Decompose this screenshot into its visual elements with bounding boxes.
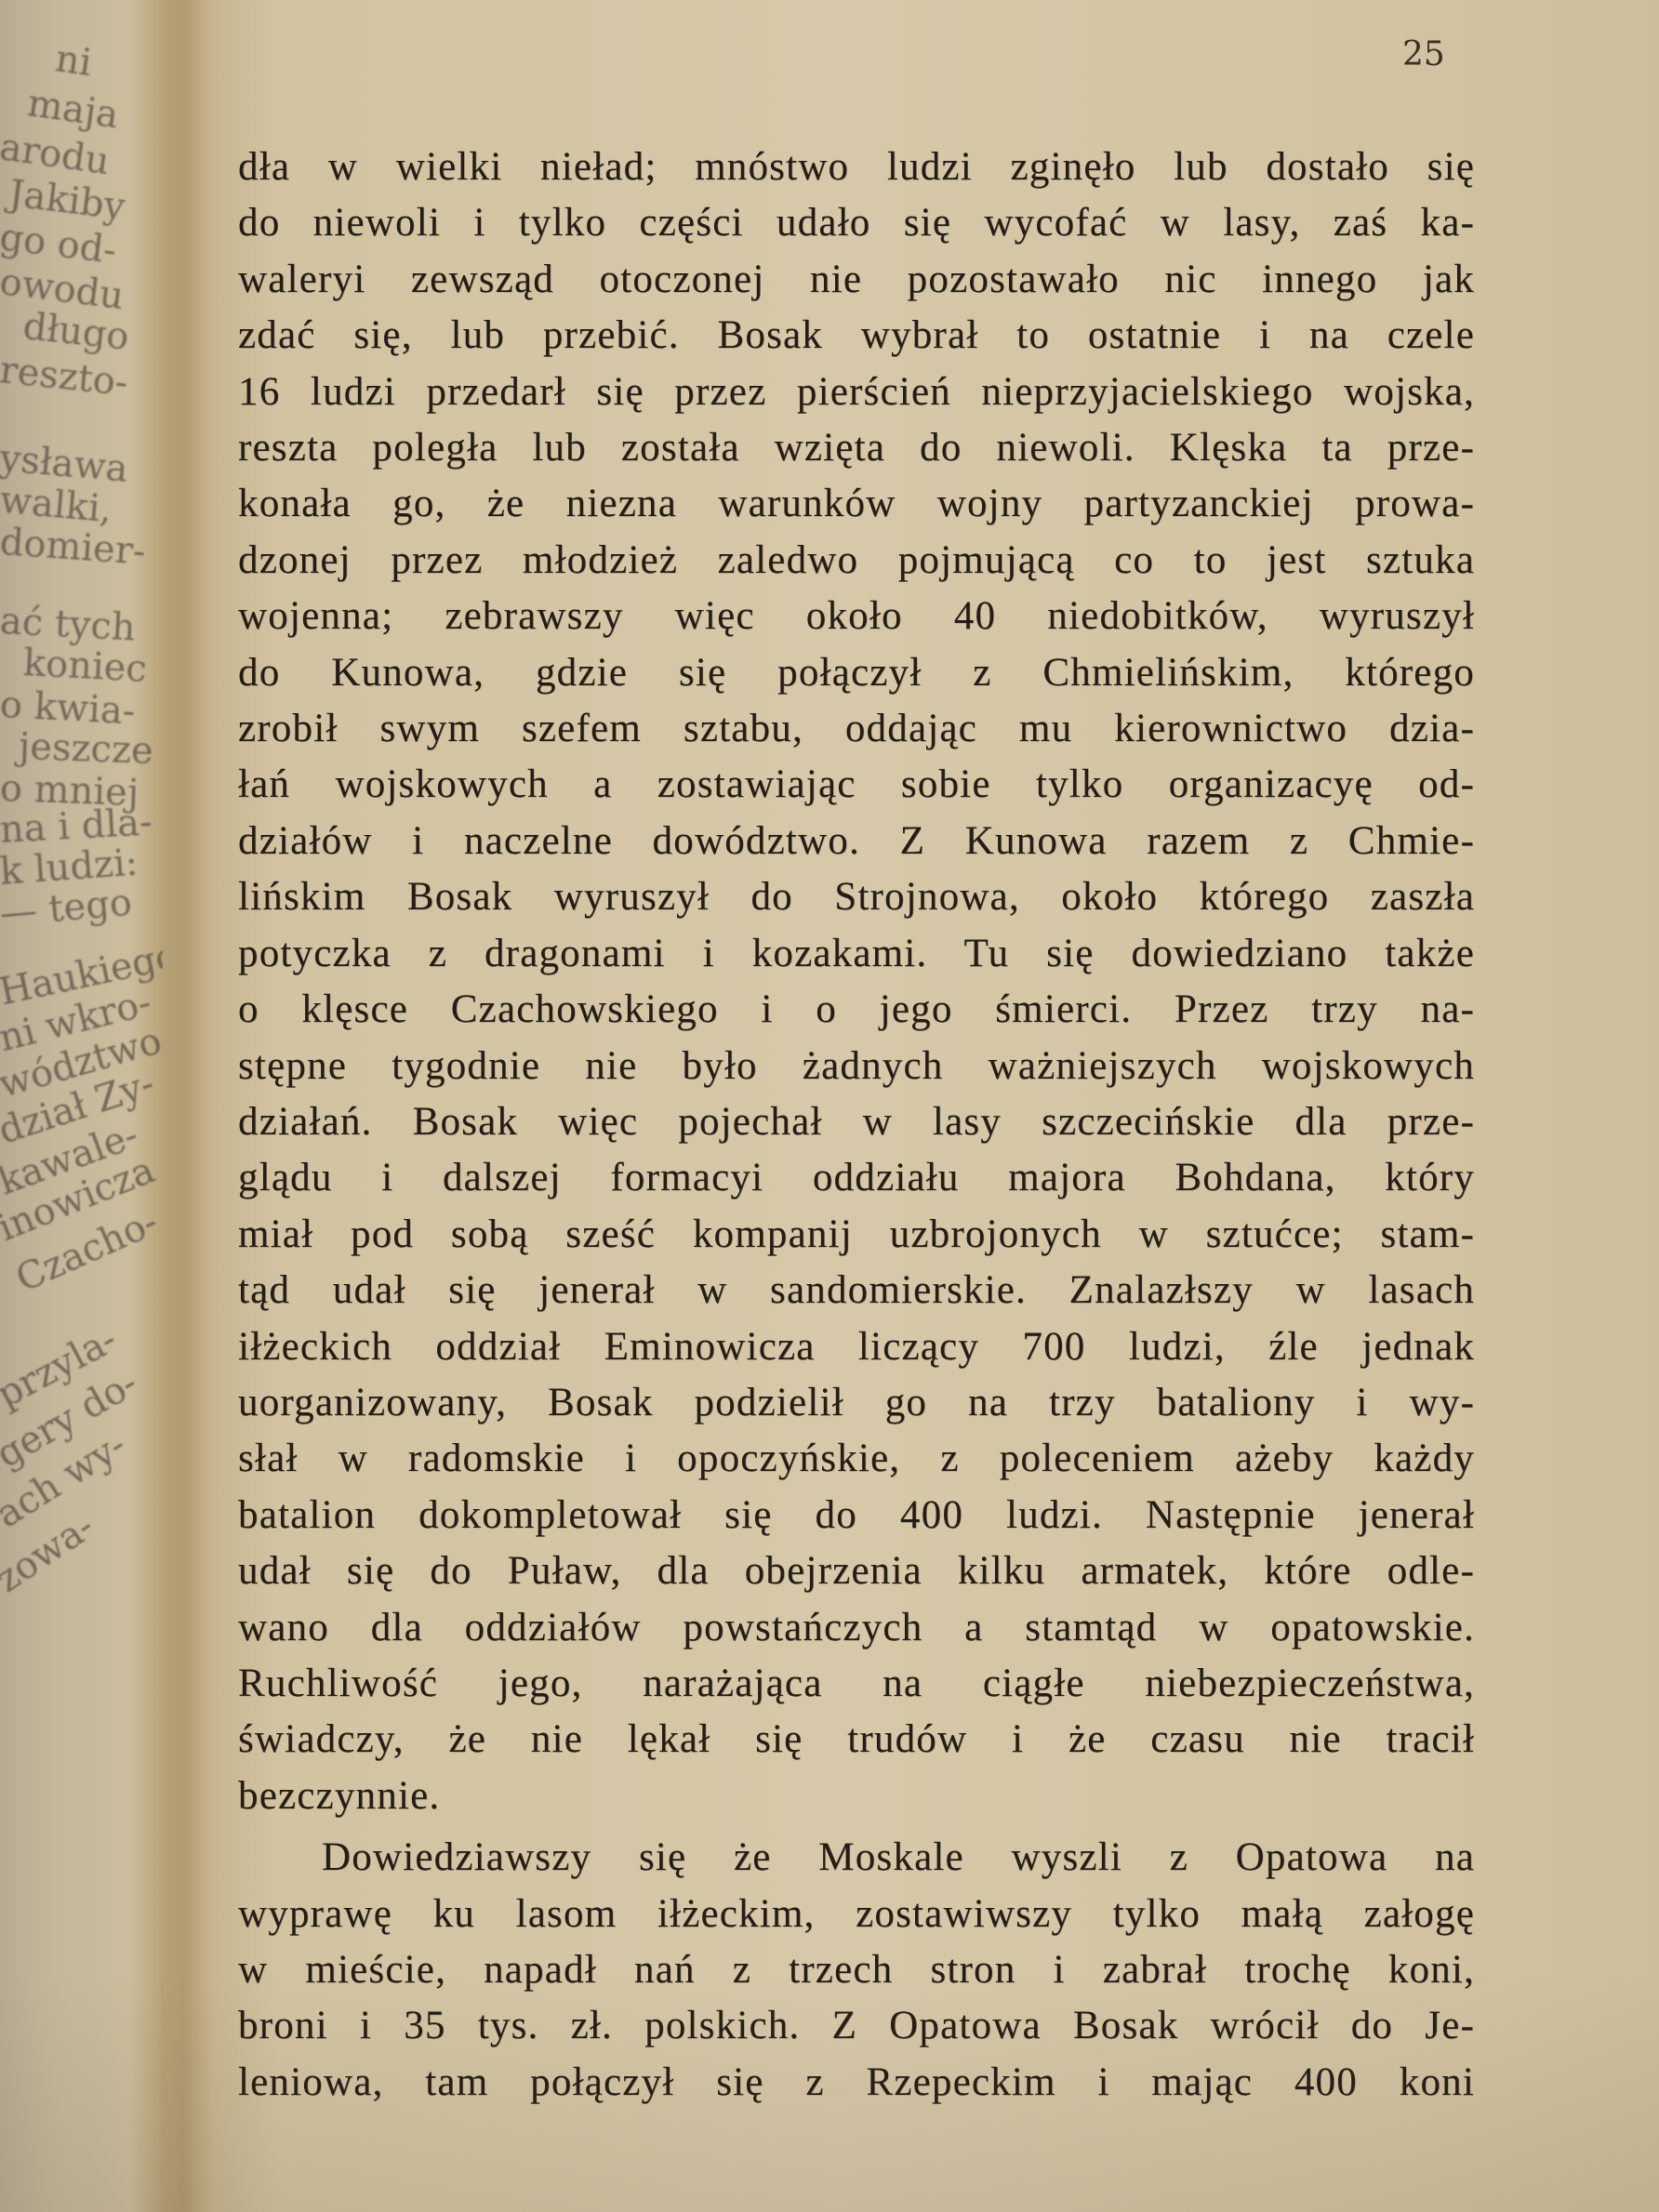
text-line: broni i 35 tys. zł. polskich. Z Opatowa …	[238, 1998, 1475, 2054]
text-line: tąd udał się jenerał w sandomierskie. Zn…	[238, 1263, 1475, 1318]
text-line: lińskim Bosak wyruszył do Strojnowa, oko…	[238, 869, 1475, 925]
facing-page-fragment: ni	[53, 37, 95, 85]
text-line: batalion dokompletował się do 400 ludzi.…	[238, 1488, 1475, 1543]
text-line: wojenna; zebrawszy więc około 40 niedobi…	[238, 589, 1475, 644]
facing-page: ni maja arodu Jakiby go od- owodu długo …	[0, 0, 163, 2212]
text-line: działów i naczelne dowództwo. Z Kunowa r…	[238, 814, 1475, 869]
text-line: glądu i dalszej formacyi oddziału majora…	[238, 1150, 1475, 1206]
text-line: słał w radomskie i opoczyńskie, z polece…	[238, 1431, 1475, 1487]
text-line: waleryi zewsząd otoczonej nie pozostawał…	[238, 252, 1475, 308]
text-line: Dowiedziawszy się że Moskale wyszli z Op…	[238, 1830, 1475, 1886]
facing-page-fragment: jeszcze	[18, 725, 153, 773]
text-line: potyczka z dragonami i kozakami. Tu się …	[238, 926, 1475, 982]
text-line: bezczynnie.	[238, 1768, 1475, 1824]
text-line: stępne tygodnie nie było żadnych ważniej…	[238, 1039, 1475, 1094]
text-line: iłżeckich oddział Eminowicza liczący 700…	[238, 1319, 1475, 1375]
facing-page-fragment: maja	[25, 82, 121, 137]
text-line: do niewoli i tylko części udało się wyco…	[238, 195, 1475, 251]
text-line: dzonej przez młodzież zaledwo pojmującą …	[238, 533, 1475, 589]
text-line: zrobił swym szefem sztabu, oddając mu ki…	[238, 701, 1475, 757]
text-line: reszta poległa lub została wzięta do nie…	[238, 420, 1475, 476]
text-line: konała go, że niezna warunków wojny part…	[238, 476, 1475, 532]
text-line: Ruchliwość jego, narażająca na ciągłe ni…	[238, 1656, 1475, 1712]
text-line: działań. Bosak więc pojechał w lasy szcz…	[238, 1094, 1475, 1150]
text-line: dła w wielki nieład; mnóstwo ludzi zginę…	[238, 139, 1475, 195]
facing-page-fragment: ać tych	[0, 600, 137, 650]
text-line: miał pod sobą sześć kompanij uzbrojonych…	[238, 1207, 1475, 1263]
paragraph-2: Dowiedziawszy się że Moskale wyszli z Op…	[238, 1830, 1475, 2111]
text-line: udał się do Puław, dla obejrzenia kilku …	[238, 1543, 1475, 1599]
text-line: wyprawę ku lasom iłżeckim, zostawiwszy t…	[238, 1887, 1475, 1942]
text-line: leniowa, tam połączył się z Rzepeckim i …	[238, 2055, 1475, 2111]
text-line: świadczy, że nie lękał się trudów i że c…	[238, 1712, 1475, 1768]
text-line: do Kunowa, gdzie się połączył z Chmieliń…	[238, 645, 1475, 701]
facing-page-fragment: domier-	[0, 521, 147, 574]
paragraph-1: dła w wielki nieład; mnóstwo ludzi zginę…	[238, 139, 1475, 1824]
text-line: uorganizowany, Bosak podzielił go na trz…	[238, 1375, 1475, 1431]
text-line: o klęsce Czachowskiego i o jego śmierci.…	[238, 982, 1475, 1038]
facing-page-fragment: reszto-	[0, 349, 130, 404]
text-line: zdać się, lub przebić. Bosak wybrał to o…	[238, 308, 1475, 364]
facing-page-fragment: koniec	[22, 642, 148, 691]
text-line: w mieście, napadł nań z trzech stron i z…	[238, 1942, 1475, 1998]
body-text: dła w wielki nieład; mnóstwo ludzi zginę…	[238, 139, 1475, 2111]
text-line: łań wojskowych a zostawiając sobie tylko…	[238, 757, 1475, 813]
text-line: wano dla oddziałów powstańczych a stamtą…	[238, 1600, 1475, 1656]
text-line: 16 ludzi przedarł się przez pierścień ni…	[238, 364, 1475, 420]
page-number: 25	[1402, 35, 1445, 73]
